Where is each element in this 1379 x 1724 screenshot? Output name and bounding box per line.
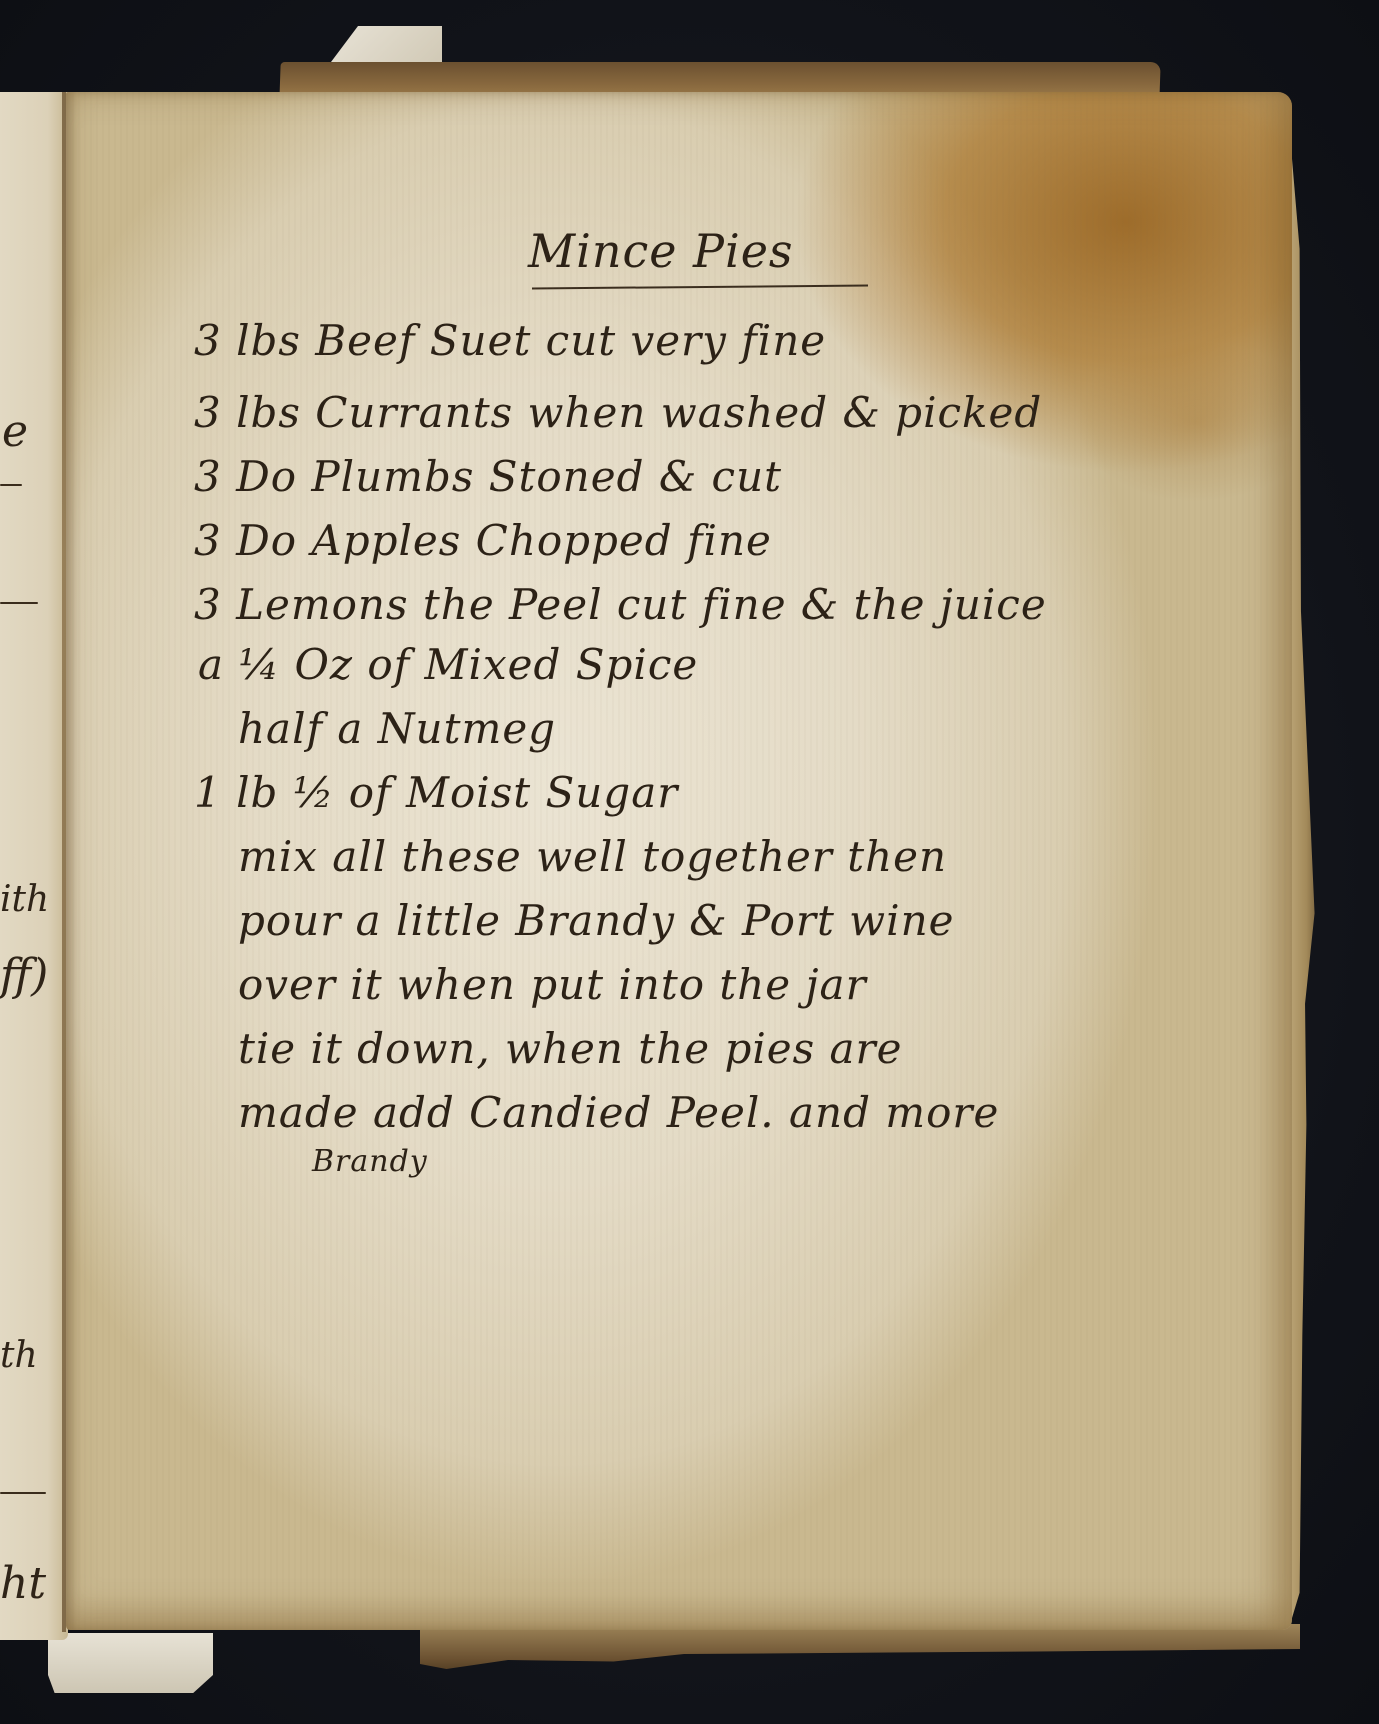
instruction-line: Brandy: [312, 1144, 428, 1179]
facing-page-fragment: ff): [0, 954, 48, 998]
ingredient-line: 3 Do Plumbs Stoned & cut: [194, 452, 782, 501]
facing-page-fragment: ht: [0, 1562, 46, 1606]
instruction-line: over it when put into the jar: [238, 960, 867, 1009]
paper-tab-bottom: [48, 1633, 213, 1693]
ingredient-line: 3 Do Apples Chopped fine: [194, 516, 772, 565]
ingredient-line: 3 lbs Currants when washed & picked: [194, 388, 1042, 437]
ingredient-line: 3 Lemons the Peel cut fine & the juice: [194, 580, 1047, 629]
ingredient-line: a ¼ Oz of Mixed Spice: [198, 640, 698, 689]
instruction-line: made add Candied Peel. and more: [238, 1088, 999, 1137]
facing-page: e ith ff) th ht: [0, 92, 68, 1640]
book-spine-gutter: [62, 92, 66, 1632]
title-underline: [532, 285, 868, 290]
instruction-line: pour a little Brandy & Port wine: [238, 896, 954, 945]
ink-stroke: [0, 1492, 46, 1494]
instruction-line: mix all these well together then: [238, 832, 947, 881]
recipe-page: Mince Pies 3 lbs Beef Suet cut very fine…: [66, 92, 1292, 1630]
ingredient-line: half a Nutmeg: [238, 704, 556, 753]
ink-stroke: [0, 602, 38, 604]
facing-page-fragment: th: [0, 1338, 38, 1374]
facing-page-fragment: ith: [0, 882, 49, 918]
facing-page-fragment: e: [2, 410, 28, 454]
ingredient-line: 1 lb ½ of Moist Sugar: [194, 768, 678, 817]
ingredient-line: 3 lbs Beef Suet cut very fine: [194, 316, 826, 365]
instruction-line: tie it down, when the pies are: [238, 1024, 903, 1073]
ink-stroke: [0, 484, 22, 486]
page-title: Mince Pies: [528, 224, 794, 278]
